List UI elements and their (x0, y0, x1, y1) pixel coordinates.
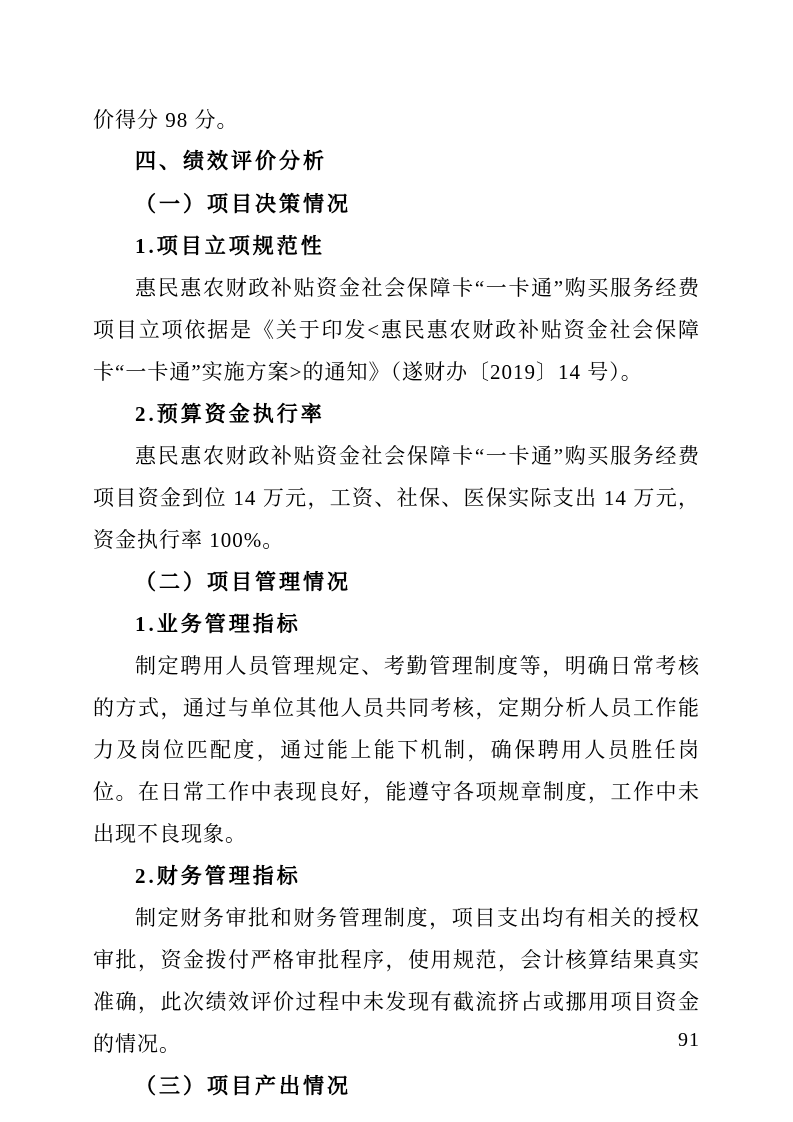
subsection-heading-2: （二）项目管理情况 (93, 561, 700, 603)
section-heading-4: 四、绩效评价分析 (93, 141, 700, 183)
document-page: 价得分 98 分。 四、绩效评价分析 （一）项目决策情况 1.项目立项规范性 惠… (0, 0, 793, 1122)
subsubsection-heading-1-2: 2.预算资金执行率 (93, 393, 700, 435)
subsubsection-heading-2-2: 2.财务管理指标 (93, 855, 700, 897)
paragraph-project-basis: 惠民惠农财政补贴资金社会保障卡“一卡通”购买服务经费项目立项依据是《关于印发<惠… (93, 267, 700, 393)
paragraph-business-management: 制定聘用人员管理规定、考勤管理制度等，明确日常考核的方式，通过与单位其他人员共同… (93, 645, 700, 855)
document-body: 价得分 98 分。 四、绩效评价分析 （一）项目决策情况 1.项目立项规范性 惠… (93, 99, 700, 1107)
subsection-heading-1: （一）项目决策情况 (93, 183, 700, 225)
paragraph-budget-execution: 惠民惠农财政补贴资金社会保障卡“一卡通”购买服务经费项目资金到位 14 万元，工… (93, 435, 700, 561)
page-number: 91 (93, 1028, 700, 1052)
subsection-heading-3: （三）项目产出情况 (93, 1065, 700, 1107)
continuation-line: 价得分 98 分。 (93, 99, 700, 141)
subsubsection-heading-2-1: 1.业务管理指标 (93, 603, 700, 645)
subsubsection-heading-1-1: 1.项目立项规范性 (93, 225, 700, 267)
